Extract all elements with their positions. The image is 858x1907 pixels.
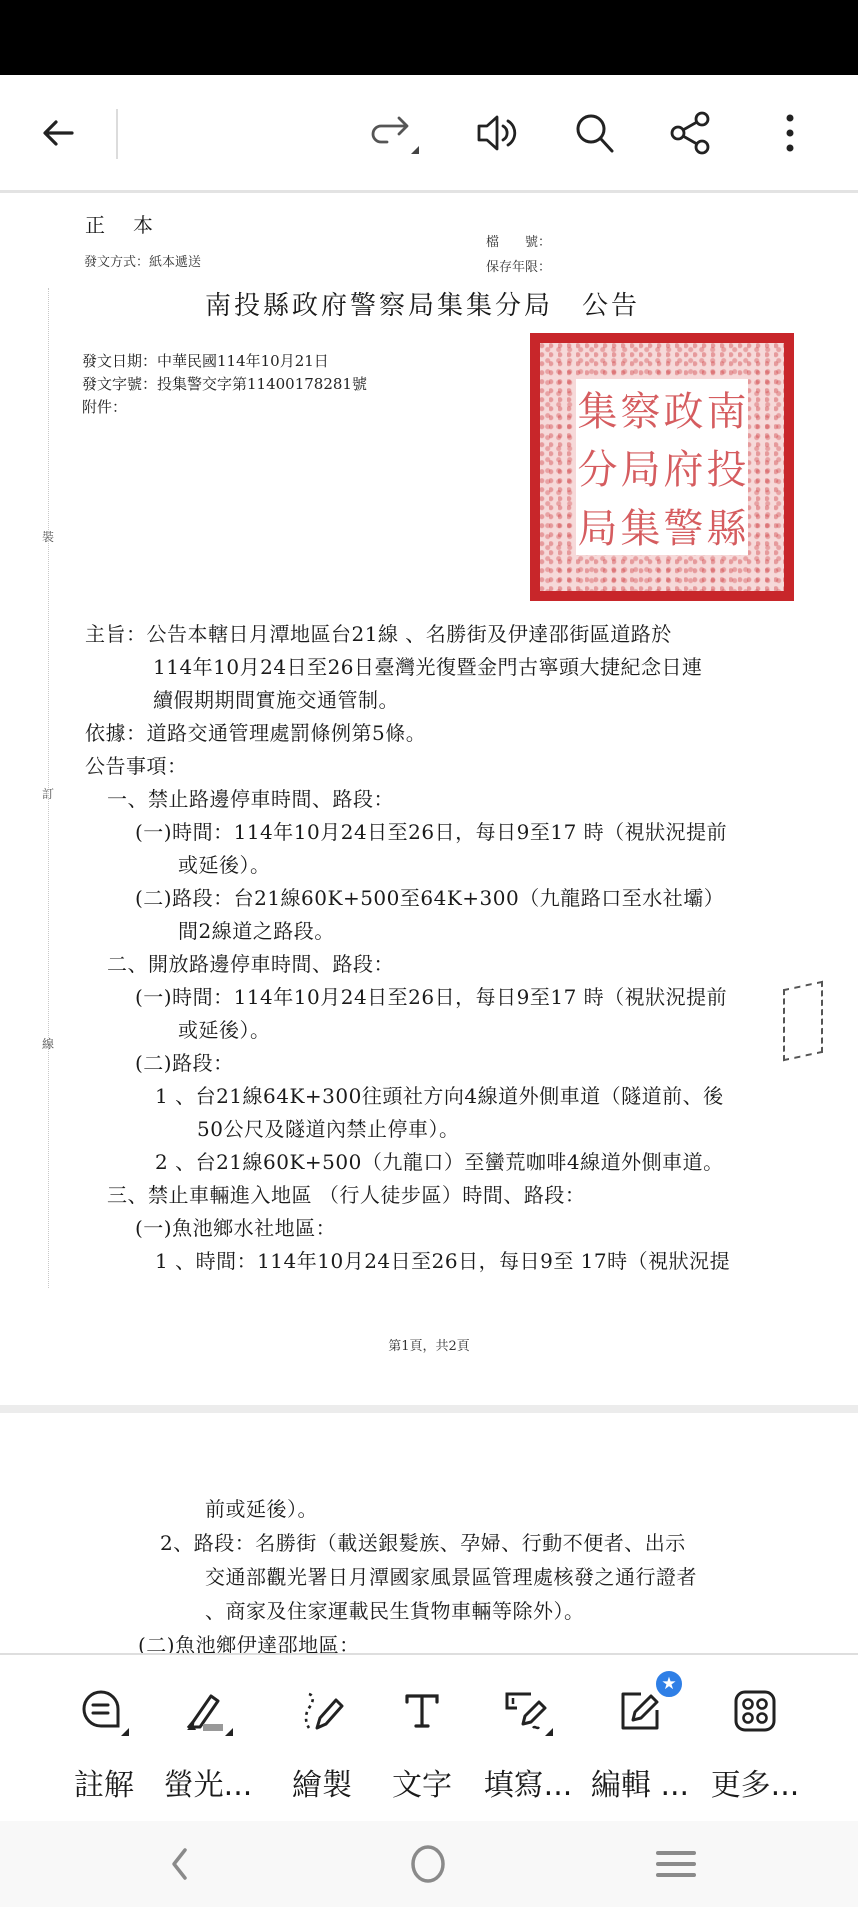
seal-char: 集 xyxy=(576,379,619,438)
item-2-heading: 二、開放路邊停車時間、路段： xyxy=(107,948,394,977)
basis-line: 依據：道路交通管理處罰條例第5條。 xyxy=(85,717,426,746)
tool-edit[interactable]: ★ 編輯 ... xyxy=(584,1655,696,1823)
perforation-seal-fragment xyxy=(783,981,823,1062)
app-bar-divider xyxy=(116,109,118,159)
tool-label: 更多... xyxy=(699,1760,811,1804)
share-icon[interactable] xyxy=(661,103,721,163)
page-number: 第1頁，共2頁 xyxy=(0,1335,858,1354)
annotation-toolbar: 註解 螢光... 繪製 文字 填寫... ★ 編輯 ... 更多... xyxy=(0,1653,858,1821)
tool-label: 繪製 xyxy=(266,1760,378,1804)
document-title: 南投縣政府警察局集集分局 公告 xyxy=(205,285,640,322)
file-number-label: 檔 號： xyxy=(486,231,551,250)
seal-char: 政 xyxy=(662,379,705,438)
status-bar xyxy=(0,0,858,75)
document-viewer[interactable]: 裝 訂 線 正 本 發文方式：紙本遞送 檔 號： 保存年限： 南投縣政府警察局集… xyxy=(0,193,858,1653)
page2-line-2: 2、路段：名勝街（載送銀髮族、孕婦、行動不便者、出示 xyxy=(160,1527,686,1556)
page2-line-1: 前或延後）。 xyxy=(205,1493,318,1522)
page-1: 裝 訂 線 正 本 發文方式：紙本遞送 檔 號： 保存年限： 南投縣政府警察局集… xyxy=(0,193,858,1405)
read-aloud-icon[interactable] xyxy=(468,103,528,163)
back-nav-icon[interactable] xyxy=(150,1837,210,1891)
issue-date: 發文日期：中華民國114年10月21日 xyxy=(82,350,329,371)
margin-mark-staple: 訂 xyxy=(42,785,54,802)
seal-char: 府 xyxy=(662,438,705,497)
recents-nav-icon[interactable] xyxy=(646,1837,706,1891)
item-1-heading: 一、禁止路邊停車時間、路段： xyxy=(107,783,394,812)
seal-char: 察 xyxy=(619,379,662,438)
tool-label: 註解 xyxy=(48,1760,160,1804)
page2-line-4: 、商家及住家運載民生貨物車輛等除外）。 xyxy=(205,1595,585,1624)
item-3-heading: 三、禁止車輛進入地區 （行人徒步區）時間、路段： xyxy=(107,1179,585,1208)
seal-char: 局 xyxy=(619,438,662,497)
margin-mark-line: 線 xyxy=(42,1035,54,1052)
item-2-section-2: 2 、台21線60K+500（九龍口）至蠻荒咖啡4線道外側車道。 xyxy=(155,1146,724,1175)
page2-line-5: (二)魚池鄉伊達邵地區： xyxy=(138,1629,360,1653)
tool-fill-sign[interactable]: 填寫... xyxy=(472,1655,584,1823)
home-nav-icon[interactable] xyxy=(398,1837,458,1891)
highlighter-icon xyxy=(178,1681,238,1741)
item-2-time-cont: 或延後）。 xyxy=(178,1014,271,1043)
item-2-section: (二)路段： xyxy=(135,1047,234,1076)
new-feature-badge: ★ xyxy=(654,1669,684,1699)
back-arrow-icon[interactable] xyxy=(28,103,88,163)
item-1-time-cont: 或延後）。 xyxy=(178,849,271,878)
tool-label: 螢光... xyxy=(152,1760,264,1804)
attachment: 附件： xyxy=(82,396,127,417)
seal-char: 南 xyxy=(705,379,748,438)
official-seal: 南 政 察 集 投 府 局 分 縣 警 集 局 xyxy=(530,333,794,601)
seal-char: 縣 xyxy=(705,496,748,555)
draw-pen-icon xyxy=(292,1681,352,1741)
fill-sign-icon xyxy=(498,1681,558,1741)
comment-icon xyxy=(74,1681,134,1741)
issue-number: 發文字號：投集警交字第11400178281號 xyxy=(82,373,367,394)
tool-label: 編輯 ... xyxy=(584,1760,696,1804)
item-2-section-1: 1 、台21線64K+300往頭社方向4線道外側車道（隧道前、後 xyxy=(155,1080,724,1109)
tool-text[interactable]: 文字 xyxy=(366,1655,478,1823)
item-2-time: (一)時間：114年10月24日至26日，每日9至17 時（視狀況提前 xyxy=(135,981,727,1010)
app-bar xyxy=(0,75,858,193)
tool-label: 文字 xyxy=(366,1760,478,1804)
seal-char: 投 xyxy=(705,438,748,497)
tool-more[interactable]: 更多... xyxy=(699,1655,811,1823)
page2-line-3: 交通部觀光署日月潭國家風景區管理處核發之通行證者 xyxy=(205,1561,697,1590)
tool-draw[interactable]: 繪製 xyxy=(266,1655,378,1823)
seal-char: 分 xyxy=(576,438,619,497)
tool-label: 填寫... xyxy=(472,1760,584,1804)
more-grid-icon xyxy=(725,1681,785,1741)
subject-line-3: 續假期期間實施交通管制。 xyxy=(153,684,399,713)
item-3-area-1: (一)魚池鄉水社地區： xyxy=(135,1212,336,1241)
item-1-time: (一)時間：114年10月24日至26日，每日9至17 時（視狀況提前 xyxy=(135,816,727,845)
copy-type: 正 本 xyxy=(85,209,157,238)
more-options-icon[interactable] xyxy=(760,103,820,163)
subject-line-2: 114年10月24日至26日臺灣光復暨金門古寧頭大捷紀念日連 xyxy=(153,651,703,680)
item-3-area-1-time: 1 、時間：114年10月24日至26日，每日9至 17時（視狀況提 xyxy=(155,1245,730,1274)
item-1-section: (二)路段：台21線60K+500至64K+300（九龍路口至水社壩） xyxy=(135,882,724,911)
text-icon xyxy=(392,1681,452,1741)
item-1-section-cont: 間2線道之路段。 xyxy=(178,915,335,944)
seal-char: 警 xyxy=(662,496,705,555)
system-nav-bar xyxy=(0,1821,858,1907)
announcement-heading: 公告事項： xyxy=(85,750,188,779)
search-icon[interactable] xyxy=(565,103,625,163)
margin-mark-bind: 裝 xyxy=(42,528,54,545)
tool-highlighter[interactable]: 螢光... xyxy=(152,1655,264,1823)
dispatch-method: 發文方式：紙本遞送 xyxy=(84,251,201,270)
item-2-section-1-cont: 50公尺及隧道內禁止停車）。 xyxy=(197,1113,459,1142)
seal-char: 局 xyxy=(576,496,619,555)
tool-comment[interactable]: 註解 xyxy=(48,1655,160,1823)
retention-label: 保存年限： xyxy=(486,256,551,275)
subject-line-1: 主旨：公告本轄日月潭地區台21線 、名勝街及伊達邵街區道路於 xyxy=(85,618,672,647)
seal-char: 集 xyxy=(619,496,662,555)
redirect-icon[interactable] xyxy=(364,103,424,163)
page-2: 前或延後）。 2、路段：名勝街（載送銀髮族、孕婦、行動不便者、出示 交通部觀光署… xyxy=(0,1413,858,1653)
